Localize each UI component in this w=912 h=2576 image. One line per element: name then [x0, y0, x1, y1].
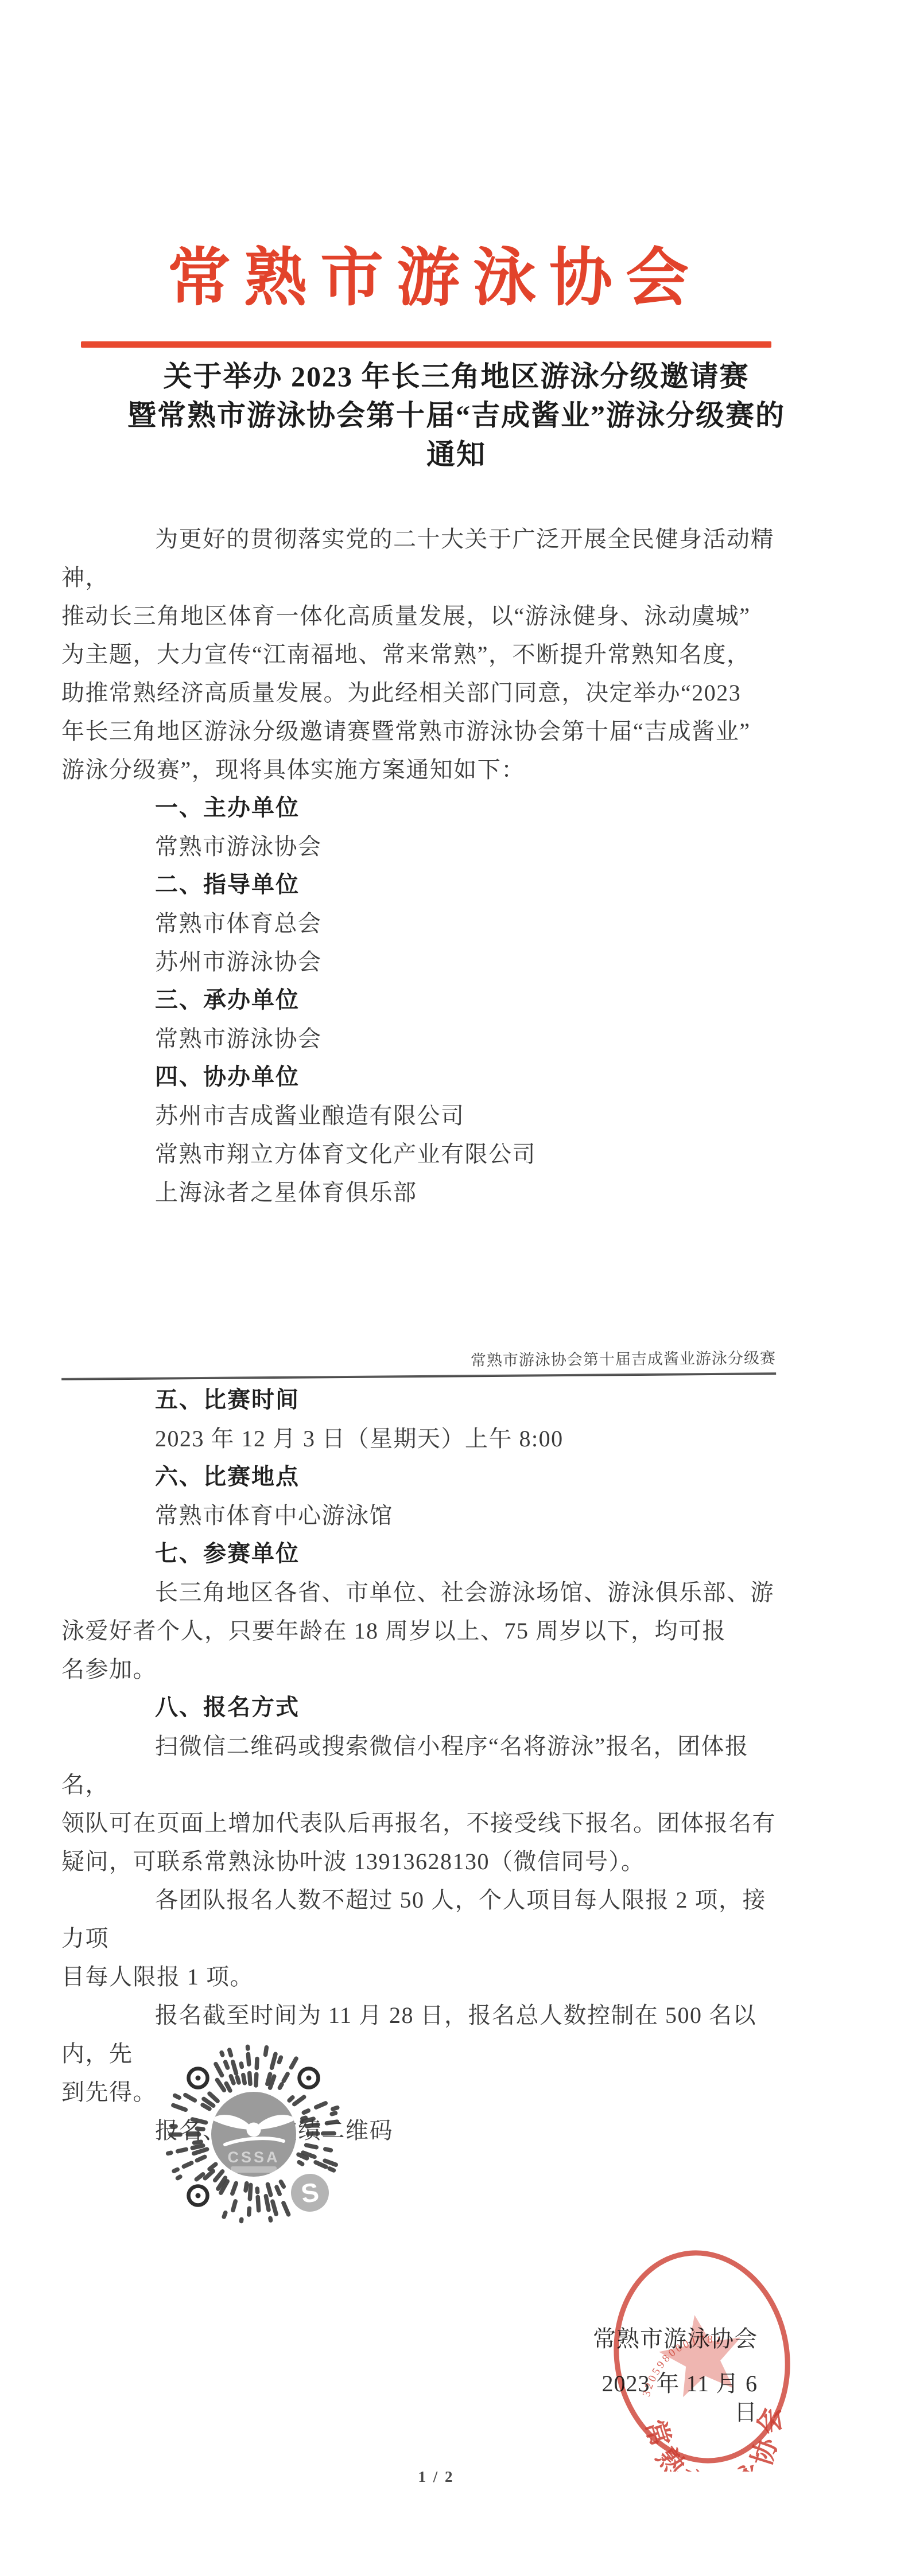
page2-body: 五、比赛时间 2023 年 12 月 3 日（星期天）上午 8:00 六、比赛地… [61, 1381, 776, 2150]
qr-position-marker-icon [189, 2186, 208, 2205]
page2-running-header: 常熟市游泳协会第十届吉成酱业游泳分级赛 [61, 1349, 776, 1380]
section-item: 常熟市体育总会 [61, 904, 776, 943]
intro-paragraph: 为更好的贯彻落实党的二十大关于广泛开展全民健身活动精神， 推动长三角地区体育一体… [61, 520, 776, 789]
section-item: 常熟市翔立方体育文化产业有限公司 [61, 1135, 776, 1173]
qr-position-marker-icon [189, 2069, 208, 2088]
body-paragraph: 常熟市体育中心游泳馆 [61, 1496, 776, 1535]
section-heading: 一、主办单位 [61, 789, 776, 827]
section-heading: 八、报名方式 [61, 1688, 776, 1727]
section-heading: 二、指导单位 [61, 866, 776, 904]
qr-position-marker-icon [300, 2069, 319, 2088]
qr-code: CSSA S [156, 2036, 351, 2231]
body-paragraph: 各团队报名人数不超过 50 人，个人项目每人限报 2 项，接力项 目每人限报 1… [61, 1881, 776, 1996]
section-item: 常熟市游泳协会 [61, 827, 776, 866]
section-item: 上海泳者之星体育俱乐部 [61, 1173, 776, 1212]
official-seal: 常熟市游泳协会 3205980001781 [606, 2242, 798, 2472]
running-header-rule [61, 1372, 776, 1380]
body-paragraph: 长三角地区各省、市单位、社会游泳场馆、游泳俱乐部、游 泳爱好者个人，只要年龄在 … [61, 1573, 776, 1688]
section-heading: 六、比赛地点 [61, 1458, 776, 1496]
qr-logo-text: CSSA [227, 2149, 280, 2166]
section-heading: 五、比赛时间 [61, 1381, 776, 1419]
page1-body: 为更好的贯彻落实党的二十大关于广泛开展全民健身活动精神， 推动长三角地区体育一体… [61, 520, 776, 1212]
section-item: 常熟市游泳协会 [61, 1019, 776, 1058]
letterhead-org-title: 常熟市游泳协会 [168, 242, 719, 314]
page-number: 1 / 2 [379, 2468, 494, 2486]
section-heading: 四、协办单位 [61, 1058, 776, 1096]
section-item: 苏州市吉成酱业酿造有限公司 [61, 1096, 776, 1135]
wechat-mini-program-badge-icon: S [289, 2172, 332, 2215]
notice-title: 关于举办 2023 年长三角地区游泳分级邀请赛 暨常熟市游泳协会第十届“吉成酱业… [17, 357, 895, 474]
qr-center-logo: CSSA [211, 2092, 296, 2177]
body-paragraph: 2023 年 12 月 3 日（星期天）上午 8:00 [61, 1419, 776, 1458]
running-header-text: 常熟市游泳协会第十届吉成酱业游泳分级赛 [61, 1349, 776, 1373]
section-heading: 七、参赛单位 [61, 1535, 776, 1573]
section-heading: 三、承办单位 [61, 981, 776, 1019]
body-paragraph: 扫微信二维码或搜索微信小程序“名将游泳”报名，团体报名， 领队可在页面上增加代表… [61, 1727, 776, 1881]
section-item: 苏州市游泳协会 [61, 943, 776, 981]
letterhead-red-divider [81, 341, 771, 348]
qr-logo-subtext-bar [231, 2166, 277, 2173]
